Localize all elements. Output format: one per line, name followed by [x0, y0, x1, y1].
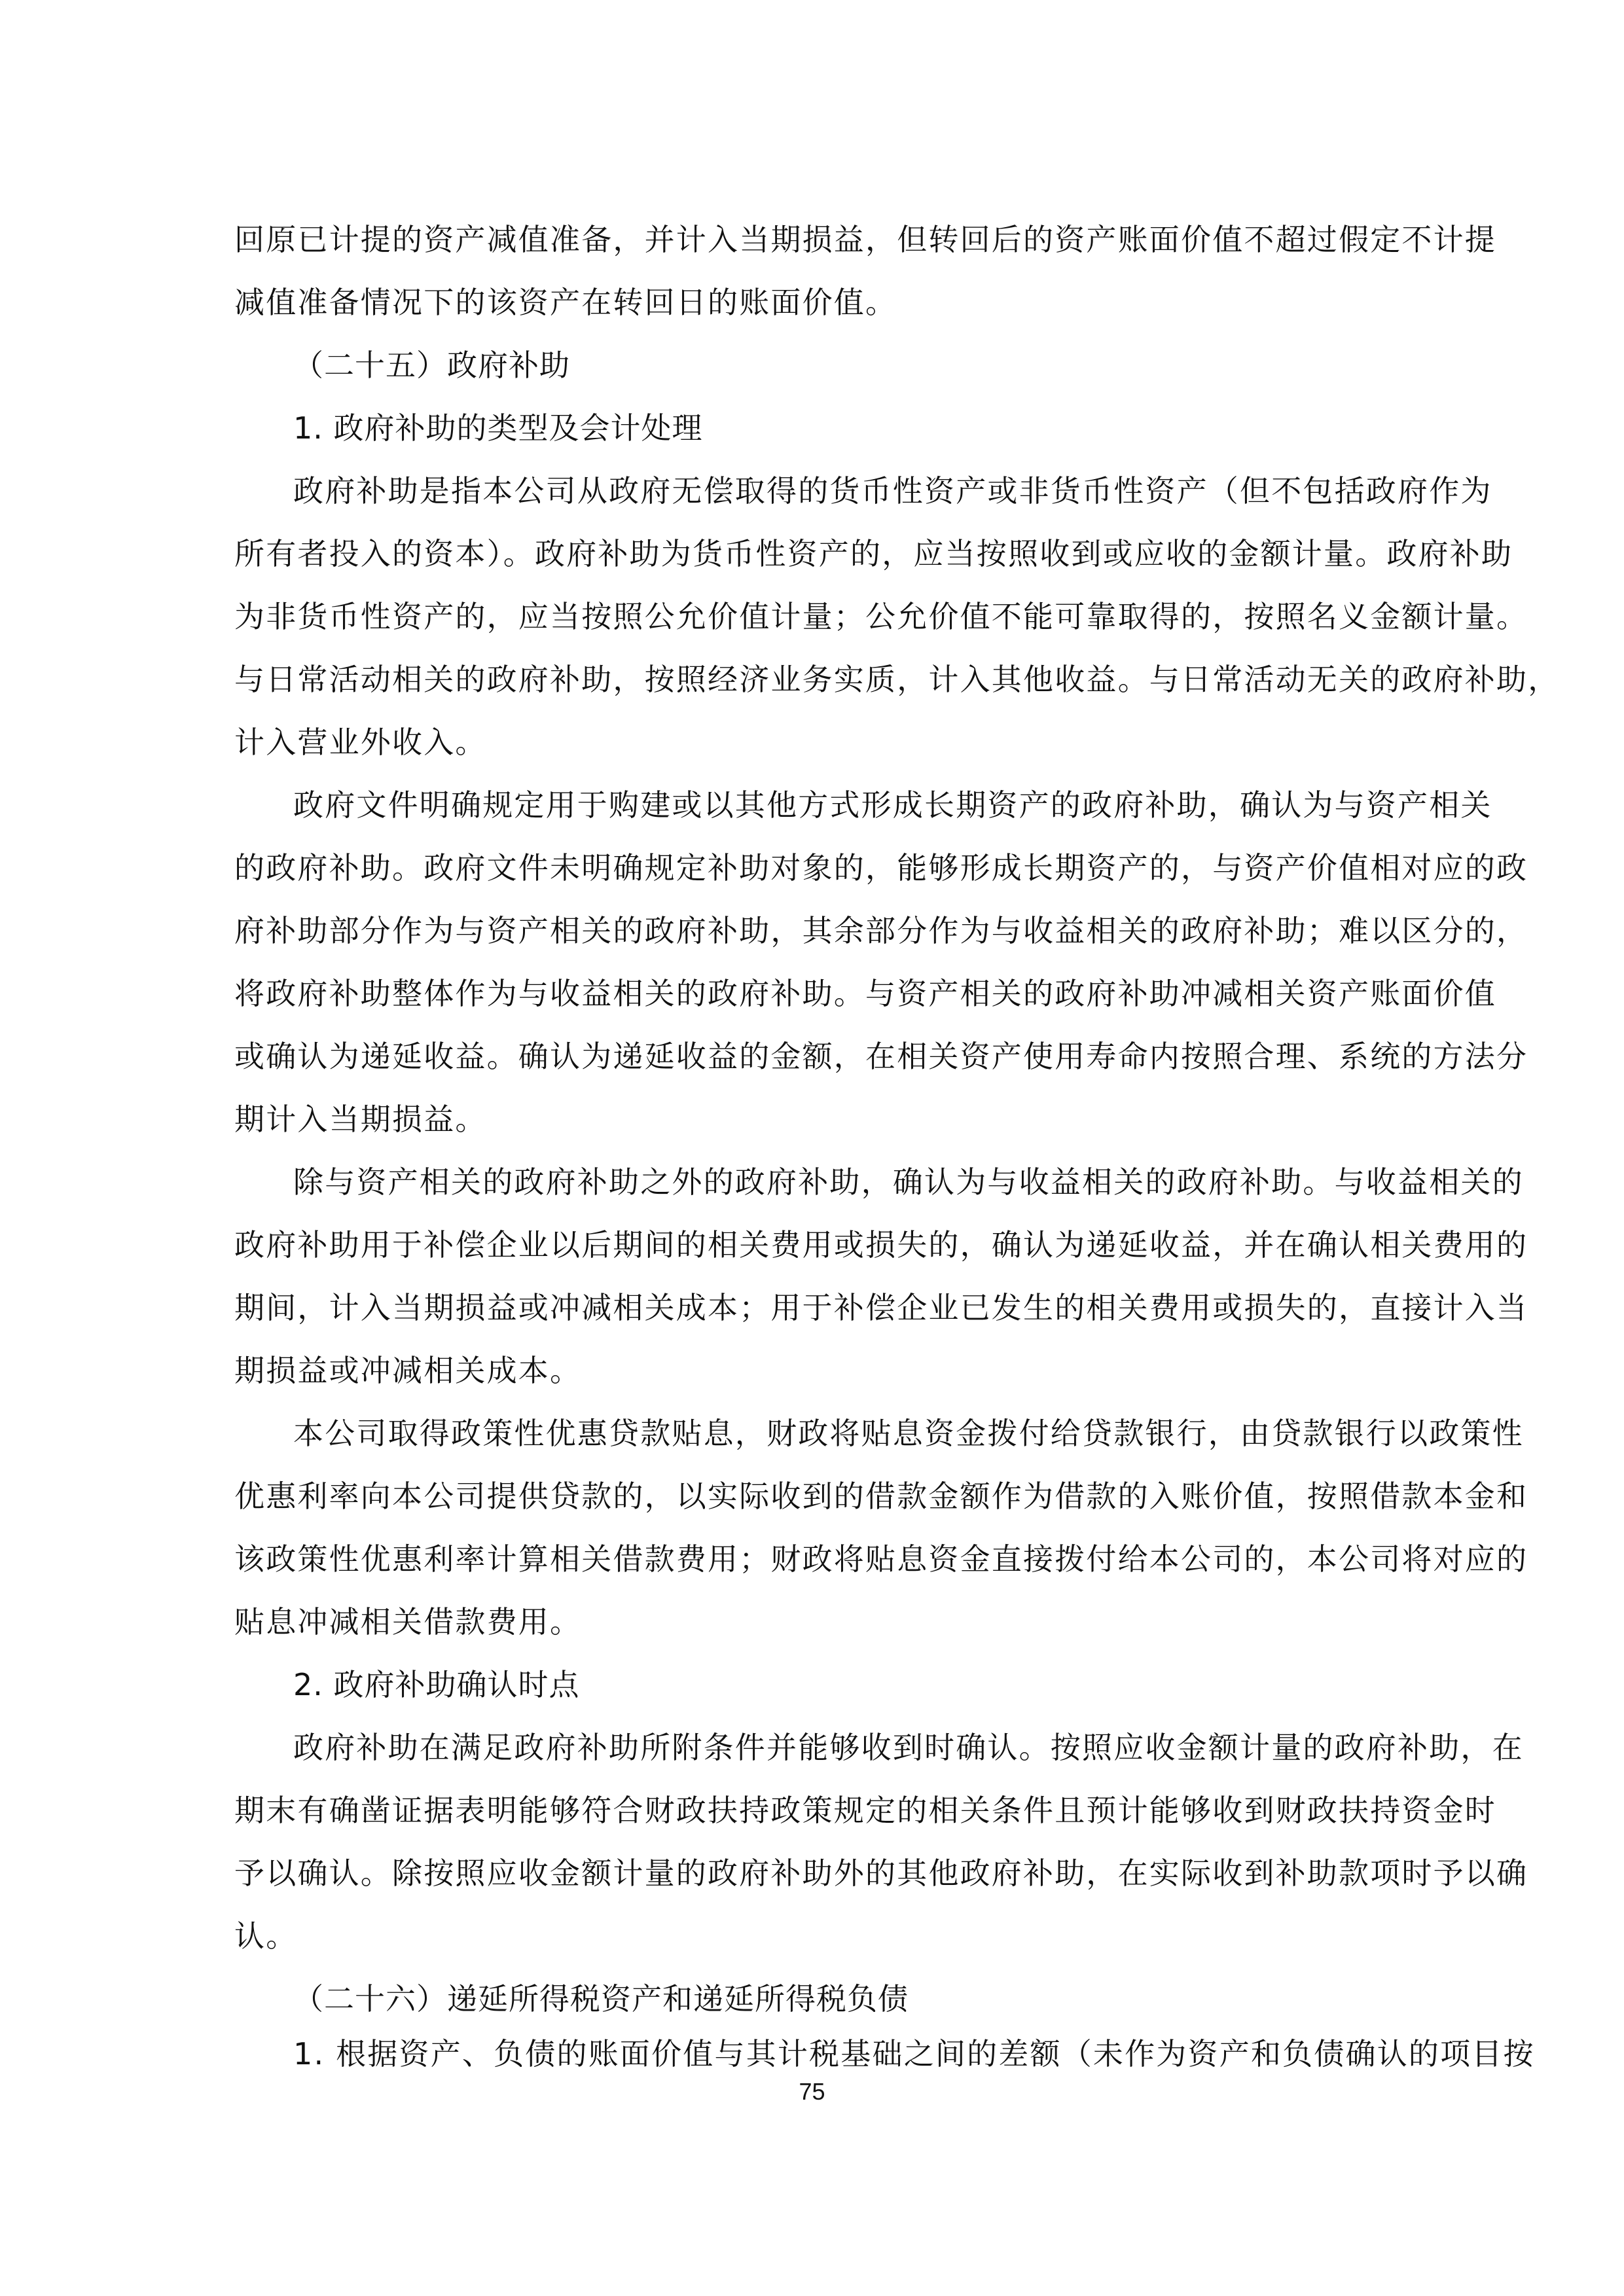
paragraph-line: 期计入当期损益。	[234, 1101, 1393, 1138]
subsection-heading: 1. 政府补助的类型及会计处理	[293, 410, 1393, 446]
paragraph-line: 政府补助用于补偿企业以后期间的相关费用或损失的，确认为递延收益，并在确认相关费用…	[234, 1227, 1393, 1263]
document-page: 回原已计提的资产减值准备，并计入当期损益，但转回后的资产账面价值不超过假定不计提…	[0, 0, 1624, 2296]
paragraph-line: 将政府补助整体作为与收益相关的政府补助。与资产相关的政府补助冲减相关资产账面价值	[234, 975, 1393, 1012]
subsection-heading: 2. 政府补助确认时点	[293, 1666, 1393, 1703]
paragraph-line: 或确认为递延收益。确认为递延收益的金额，在相关资产使用寿命内按照合理、系统的方法…	[234, 1038, 1393, 1075]
paragraph-line: 贴息冲减相关借款费用。	[234, 1604, 1393, 1640]
section-heading: （二十六）递延所得税资产和递延所得税负债	[293, 1981, 1393, 2017]
paragraph-line: 期损益或冲减相关成本。	[234, 1352, 1393, 1389]
paragraph-line: 该政策性优惠利率计算相关借款费用；财政将贴息资金直接拨付给本公司的，本公司将对应…	[234, 1541, 1393, 1577]
paragraph-line: 除与资产相关的政府补助之外的政府补助，确认为与收益相关的政府补助。与收益相关的	[293, 1164, 1393, 1200]
paragraph-line: 减值准备情况下的该资产在转回日的账面价值。	[234, 284, 1393, 321]
paragraph-line: 回原已计提的资产减值准备，并计入当期损益，但转回后的资产账面价值不超过假定不计提	[234, 221, 1393, 258]
paragraph-line: 予以确认。除按照应收金额计量的政府补助外的其他政府补助，在实际收到补助款项时予以…	[234, 1855, 1393, 1892]
paragraph-line: 优惠利率向本公司提供贷款的，以实际收到的借款金额作为借款的入账价值，按照借款本金…	[234, 1478, 1393, 1515]
paragraph-line: 认。	[234, 1918, 1393, 1954]
paragraph-line: 与日常活动相关的政府补助，按照经济业务实质，计入其他收益。与日常活动无关的政府补…	[234, 661, 1393, 698]
paragraph-line: 所有者投入的资本）。政府补助为货币性资产的，应当按照收到或应收的金额计量。政府补…	[234, 535, 1393, 572]
paragraph-line: 为非货币性资产的，应当按照公允价值计量；公允价值不能可靠取得的，按照名义金额计量…	[234, 598, 1393, 635]
subsection-heading: 1. 根据资产、负债的账面价值与其计税基础之间的差额（未作为资产和负债确认的项目…	[293, 2036, 1393, 2072]
page-number: 75	[0, 2079, 1624, 2105]
paragraph-line: 期末有确凿证据表明能够符合财政扶持政策规定的相关条件且预计能够收到财政扶持资金时	[234, 1792, 1393, 1829]
paragraph-line: 政府补助在满足政府补助所附条件并能够收到时确认。按照应收金额计量的政府补助，在	[293, 1729, 1393, 1766]
paragraph-line: 期间，计入当期损益或冲减相关成本；用于补偿企业已发生的相关费用或损失的，直接计入…	[234, 1289, 1393, 1326]
section-heading: （二十五）政府补助	[293, 347, 1393, 384]
paragraph-line: 本公司取得政策性优惠贷款贴息，财政将贴息资金拨付给贷款银行，由贷款银行以政策性	[293, 1415, 1393, 1452]
paragraph-line: 政府补助是指本公司从政府无偿取得的货币性资产或非货币性资产（但不包括政府作为	[293, 473, 1393, 509]
paragraph-line: 的政府补助。政府文件未明确规定补助对象的，能够形成长期资产的，与资产价值相对应的…	[234, 850, 1393, 886]
paragraph-line: 府补助部分作为与资产相关的政府补助，其余部分作为与收益相关的政府补助；难以区分的…	[234, 912, 1393, 949]
paragraph-line: 计入营业外收入。	[234, 724, 1393, 761]
paragraph-line: 政府文件明确规定用于购建或以其他方式形成长期资产的政府补助，确认为与资产相关	[293, 787, 1393, 823]
